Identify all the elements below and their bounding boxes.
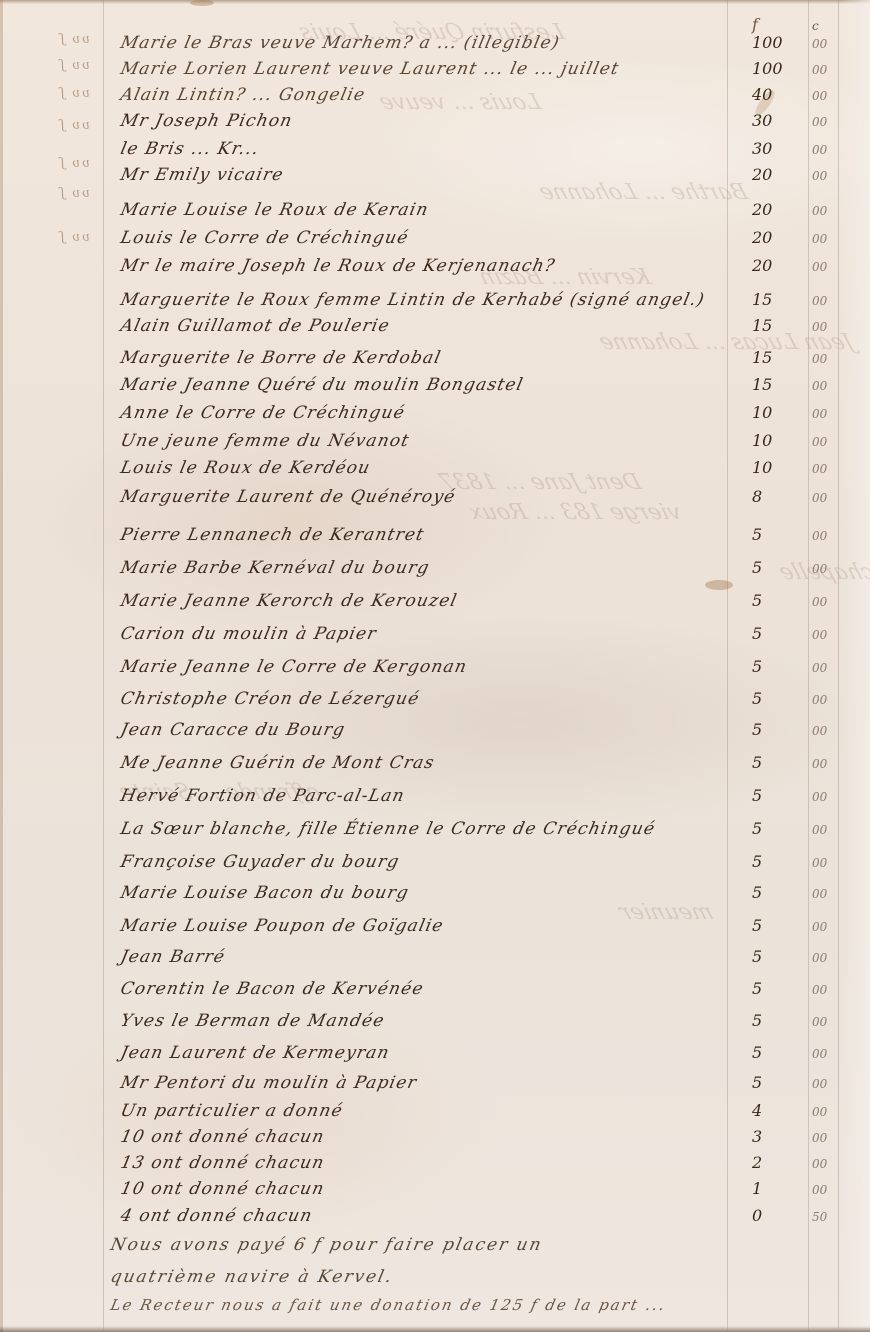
footer-note-line: quatrième navire à Kervel. <box>108 1264 814 1290</box>
ledger-row: Jean Barré 5 00 <box>0 944 870 974</box>
footer-note-line: Le Recteur nous a fait une donation de 1… <box>108 1292 814 1318</box>
amount-francs: 5 <box>752 522 806 548</box>
ledger-row: Marguerite Laurent de Quénéroyé 8 00 <box>0 484 870 514</box>
amount-centimes: 00 <box>812 1070 840 1098</box>
amount-francs: 5 <box>752 944 806 970</box>
donor-name: Marguerite le Borre de Kerdobal <box>118 345 724 371</box>
amount-francs: 5 <box>752 816 806 842</box>
amount-francs: 5 <box>752 686 806 712</box>
amount-francs: 15 <box>752 372 806 398</box>
amount-centimes: 00 <box>812 225 840 253</box>
amount-francs: 5 <box>752 717 806 743</box>
ledger-row: Marie Jeanne Kerorch de Kerouzel 5 00 <box>0 588 870 618</box>
amount-francs: 0 <box>752 1203 806 1229</box>
donor-name: 4 ont donné chacun <box>118 1203 724 1229</box>
amount-francs: 10 <box>752 455 806 481</box>
ledger-row: Anne le Corre de Créchingué 10 00 <box>0 400 870 430</box>
amount-centimes: 00 <box>812 253 840 281</box>
amount-francs: 40 <box>752 82 806 108</box>
donor-name: Corentin le Bacon de Kervénée <box>118 976 724 1002</box>
ledger-row: Marie Louise Bacon du bourg 5 00 <box>0 880 870 910</box>
amount-francs: 5 <box>752 1040 806 1066</box>
ledger-row: Marie Barbe Kernéval du bourg 5 00 <box>0 555 870 585</box>
amount-centimes: 00 <box>812 136 840 164</box>
amount-centimes: 00 <box>812 287 840 315</box>
donor-name: Mr Joseph Pichon <box>118 108 724 134</box>
amount-francs: 20 <box>752 253 806 279</box>
amount-francs: 5 <box>752 621 806 647</box>
amount-centimes: 00 <box>812 455 840 483</box>
donor-name: Mr le maire Joseph le Roux de Kerjenanac… <box>118 253 724 279</box>
amount-centimes: 00 <box>812 717 840 745</box>
amount-francs: 5 <box>752 913 806 939</box>
amount-centimes: 00 <box>812 345 840 373</box>
ledger-row: Mr Emily vicaire 20 00 <box>0 162 870 192</box>
amount-francs: 5 <box>752 555 806 581</box>
amount-centimes: 00 <box>812 750 840 778</box>
ledger-row: Pierre Lennanech de Kerantret 5 00 <box>0 522 870 552</box>
amount-francs: 5 <box>752 1008 806 1034</box>
amount-centimes: 00 <box>812 588 840 616</box>
donor-name: Anne le Corre de Créchingué <box>118 400 724 426</box>
donor-name: 13 ont donné chacun <box>118 1150 724 1176</box>
ledger-row: Une jeune femme du Névanot 10 00 <box>0 428 870 458</box>
amount-francs: 5 <box>752 783 806 809</box>
ledger-row: La Sœur blanche, fille Étienne le Corre … <box>0 816 870 846</box>
donor-name: Une jeune femme du Névanot <box>118 428 724 454</box>
amount-centimes: 00 <box>812 849 840 877</box>
amount-francs: 100 <box>752 30 806 56</box>
donor-name: Mr Pentori du moulin à Papier <box>118 1070 724 1096</box>
amount-francs: 8 <box>752 484 806 510</box>
donor-name: Yves le Berman de Mandée <box>118 1008 724 1034</box>
amount-francs: 5 <box>752 654 806 680</box>
amount-centimes: 00 <box>812 944 840 972</box>
donor-name: Jean Barré <box>118 944 724 970</box>
ledger-row: Jean Laurent de Kermeyran 5 00 <box>0 1040 870 1070</box>
donor-name: Alain Guillamot de Poulerie <box>118 313 724 339</box>
donor-name: Marie Louise Bacon du bourg <box>118 880 724 906</box>
amount-centimes: 00 <box>812 1098 840 1126</box>
amount-centimes: 00 <box>812 108 840 136</box>
ledger-row: Carion du moulin à Papier 5 00 <box>0 621 870 651</box>
amount-centimes: 00 <box>812 686 840 714</box>
donor-name: Hervé Fortion de Parc-al-Lan <box>118 783 724 809</box>
amount-centimes: 00 <box>812 976 840 1004</box>
amount-francs: 2 <box>752 1150 806 1176</box>
amount-centimes: 00 <box>812 816 840 844</box>
donor-name: Pierre Lennanech de Kerantret <box>118 522 724 548</box>
donor-name: Louis le Corre de Créchingué <box>118 225 724 251</box>
donor-name: Marie Jeanne Kerorch de Kerouzel <box>118 588 724 614</box>
ledger-row: Hervé Fortion de Parc-al-Lan 5 00 <box>0 783 870 813</box>
donor-name: le Bris ... Kr... <box>118 136 724 162</box>
amount-francs: 10 <box>752 400 806 426</box>
ledger-row: Marie Jeanne Quéré du moulin Bongastel 1… <box>0 372 870 402</box>
donor-name: Marie Louise Poupon de Goïgalie <box>118 913 724 939</box>
amount-centimes: 00 <box>812 30 840 58</box>
amount-centimes: 00 <box>812 400 840 428</box>
donor-name: Marie Jeanne le Corre de Kergonan <box>118 654 724 680</box>
amount-centimes: 00 <box>812 1176 840 1204</box>
ledger-row: Corentin le Bacon de Kervénée 5 00 <box>0 976 870 1006</box>
ledger-row: Mr Joseph Pichon 30 00 <box>0 108 870 138</box>
ledger-row: Mr le maire Joseph le Roux de Kerjenanac… <box>0 253 870 283</box>
donor-name: Françoise Guyader du bourg <box>118 849 724 875</box>
amount-centimes: 00 <box>812 428 840 456</box>
ledger-row: Louis le Roux de Kerdéou 10 00 <box>0 455 870 485</box>
footer-note-line: Nous avons payé 6 f pour faire placer un <box>108 1232 814 1258</box>
amount-francs: 5 <box>752 1070 806 1096</box>
ledger-row: Marie Louise Poupon de Goïgalie 5 00 <box>0 913 870 943</box>
donor-name: Marie Lorien Laurent veuve Laurent ... l… <box>118 56 724 82</box>
amount-centimes: 00 <box>812 82 840 110</box>
donor-name: Marie Louise le Roux de Kerain <box>118 197 724 223</box>
amount-centimes: 00 <box>812 1150 840 1178</box>
donor-name: Marguerite Laurent de Quénéroyé <box>118 484 724 510</box>
amount-francs: 15 <box>752 345 806 371</box>
amount-centimes: 00 <box>812 783 840 811</box>
ledger-row: Yves le Berman de Mandée 5 00 <box>0 1008 870 1038</box>
donor-name: Marie Barbe Kernéval du bourg <box>118 555 724 581</box>
ledger-row: Marie Jeanne le Corre de Kergonan 5 00 <box>0 654 870 684</box>
amount-francs: 5 <box>752 849 806 875</box>
donor-name: Mr Emily vicaire <box>118 162 724 188</box>
amount-centimes: 00 <box>812 313 840 341</box>
amount-centimes: 00 <box>812 484 840 512</box>
donor-name: Jean Laurent de Kermeyran <box>118 1040 724 1066</box>
amount-francs: 15 <box>752 287 806 313</box>
donor-name: Me Jeanne Guérin de Mont Cras <box>118 750 724 776</box>
amount-centimes: 00 <box>812 56 840 84</box>
ledger-row: Me Jeanne Guérin de Mont Cras 5 00 <box>0 750 870 780</box>
amount-francs: 5 <box>752 976 806 1002</box>
amount-francs: 100 <box>752 56 806 82</box>
donor-name: 10 ont donné chacun <box>118 1176 724 1202</box>
amount-francs: 5 <box>752 750 806 776</box>
amount-francs: 3 <box>752 1124 806 1150</box>
amount-centimes: 00 <box>812 372 840 400</box>
amount-centimes: 00 <box>812 555 840 583</box>
amount-francs: 15 <box>752 313 806 339</box>
donor-name: Carion du moulin à Papier <box>118 621 724 647</box>
donor-name: Un particulier a donné <box>118 1098 724 1124</box>
donor-name: Marie le Bras veuve Marhem? a ... (illeg… <box>118 30 724 56</box>
amount-centimes: 00 <box>812 1040 840 1068</box>
amount-centimes: 00 <box>812 621 840 649</box>
ledger-row: Marguerite le Borre de Kerdobal 15 00 <box>0 345 870 375</box>
ledger-row: 4 ont donné chacun 0 50 <box>0 1203 870 1233</box>
amount-centimes: 50 <box>812 1203 840 1231</box>
amount-francs: 10 <box>752 428 806 454</box>
amount-centimes: 00 <box>812 162 840 190</box>
amount-francs: 5 <box>752 880 806 906</box>
amount-francs: 20 <box>752 197 806 223</box>
donor-name: 10 ont donné chacun <box>118 1124 724 1150</box>
donor-name: Alain Lintin? ... Gongelie <box>118 82 724 108</box>
ledger-row: Marie Louise le Roux de Kerain 20 00 <box>0 197 870 227</box>
ledger-row: Alain Guillamot de Poulerie 15 00 <box>0 313 870 343</box>
amount-centimes: 00 <box>812 913 840 941</box>
donor-name: Marie Jeanne Quéré du moulin Bongastel <box>118 372 724 398</box>
donor-name: Louis le Roux de Kerdéou <box>118 455 724 481</box>
ledger-row: Christophe Créon de Lézergué 5 00 <box>0 686 870 716</box>
amount-centimes: 00 <box>812 522 840 550</box>
ledger-page: Lesfurin Quéré ... Louis Louis ... veuve… <box>0 0 870 1332</box>
donor-name: Christophe Créon de Lézergué <box>118 686 724 712</box>
ledger-entries: f c Marie le Bras veuve Marhem? a ... (i… <box>0 0 870 1332</box>
amount-francs: 4 <box>752 1098 806 1124</box>
amount-francs: 30 <box>752 108 806 134</box>
amount-centimes: 00 <box>812 1008 840 1036</box>
amount-centimes: 00 <box>812 1124 840 1152</box>
amount-francs: 20 <box>752 225 806 251</box>
donor-name: Marguerite le Roux femme Lintin de Kerha… <box>118 287 724 313</box>
ledger-row: Mr Pentori du moulin à Papier 5 00 <box>0 1070 870 1100</box>
ledger-row: Françoise Guyader du bourg 5 00 <box>0 849 870 879</box>
amount-francs: 20 <box>752 162 806 188</box>
ledger-row: Louis le Corre de Créchingué 20 00 <box>0 225 870 255</box>
amount-francs: 5 <box>752 588 806 614</box>
amount-francs: 1 <box>752 1176 806 1202</box>
amount-centimes: 00 <box>812 197 840 225</box>
donor-name: Jean Caracce du Bourg <box>118 717 724 743</box>
ledger-row: Jean Caracce du Bourg 5 00 <box>0 717 870 747</box>
amount-centimes: 00 <box>812 880 840 908</box>
amount-francs: 30 <box>752 136 806 162</box>
donor-name: La Sœur blanche, fille Étienne le Corre … <box>118 816 724 842</box>
ledger-row: 10 ont donné chacun 1 00 <box>0 1176 870 1206</box>
amount-centimes: 00 <box>812 654 840 682</box>
